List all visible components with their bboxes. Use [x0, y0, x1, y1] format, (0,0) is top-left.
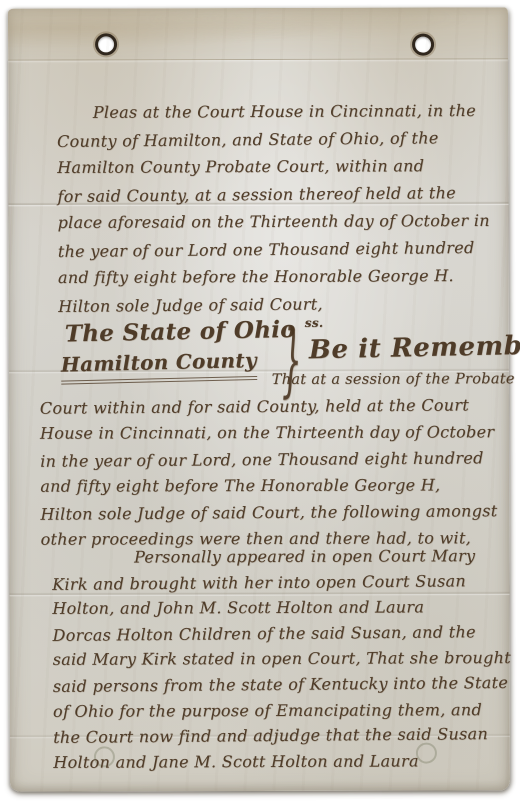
- manuscript-line: House in Cincinnati, on the Thirteenth d…: [40, 419, 502, 447]
- heading-be-it-remembered: Be it Remembered: [309, 330, 520, 366]
- manuscript-line: and fifty eight before the Honorable Geo…: [58, 262, 478, 292]
- session-recital-paragraph: That at a session of the Probate Court w…: [40, 366, 503, 554]
- manuscript-line: the year of our Lord one Thousand eight …: [58, 233, 478, 265]
- manuscript-line: place aforesaid on the Thirteenth day of…: [58, 207, 478, 237]
- caption-state-of-ohio: The State of Ohio: [65, 316, 297, 348]
- emancipation-paragraph: Personally appeared in open Court Mary K…: [52, 543, 505, 776]
- manuscript-line: the Court now find and adjudge that the …: [53, 721, 505, 751]
- manuscript-line: Holton and Jane M. Scott Holton and Laur…: [53, 748, 505, 775]
- photo-background: Pleas at the Court House in Cincinnati, …: [0, 0, 520, 805]
- manuscript-line: in the year of our Lord, one Thousand ei…: [40, 445, 502, 475]
- manuscript-line: of Ohio for the purpose of Emancipating …: [53, 697, 505, 724]
- manuscript-line: Hilton sole Judge of said Court,: [58, 288, 478, 320]
- manuscript-line: Kirk and brought with her into open Cour…: [52, 568, 504, 598]
- punch-hole-right: [412, 34, 434, 56]
- manuscript-line: That at a session of the Probate: [40, 366, 502, 394]
- manuscript-line: Hilton sole Judge of said Court, the fol…: [40, 498, 502, 528]
- paper-top-fold-strip: [8, 7, 508, 60]
- manuscript-line: Holton, and John M. Scott Holton and Lau…: [52, 594, 504, 621]
- manuscript-line: said Mary Kirk stated in open Court, Tha…: [53, 645, 505, 672]
- manuscript-line: Hamilton County Probate Court, within an…: [57, 152, 477, 182]
- manuscript-line: County of Hamilton, and State of Ohio, o…: [57, 123, 477, 155]
- manuscript-line: Pleas at the Court House in Cincinnati, …: [57, 97, 477, 127]
- opening-recital-paragraph: Pleas at the Court House in Cincinnati, …: [57, 97, 479, 320]
- manuscript-line: and fifty eight before The Honorable Geo…: [40, 472, 502, 500]
- manuscript-line: Dorcas Holton Children of the said Susan…: [52, 619, 504, 649]
- manuscript-line: said persons from the state of Kentucky …: [53, 670, 505, 700]
- document-page: Pleas at the Court House in Cincinnati, …: [8, 7, 510, 791]
- punch-hole-left: [95, 33, 117, 55]
- manuscript-line: for said County, at a session thereof he…: [57, 178, 477, 210]
- manuscript-line: Personally appeared in open Court Mary: [52, 543, 504, 570]
- manuscript-line: Court within and for said County, held a…: [40, 392, 502, 422]
- caption-ss-mark: ss.: [305, 316, 324, 330]
